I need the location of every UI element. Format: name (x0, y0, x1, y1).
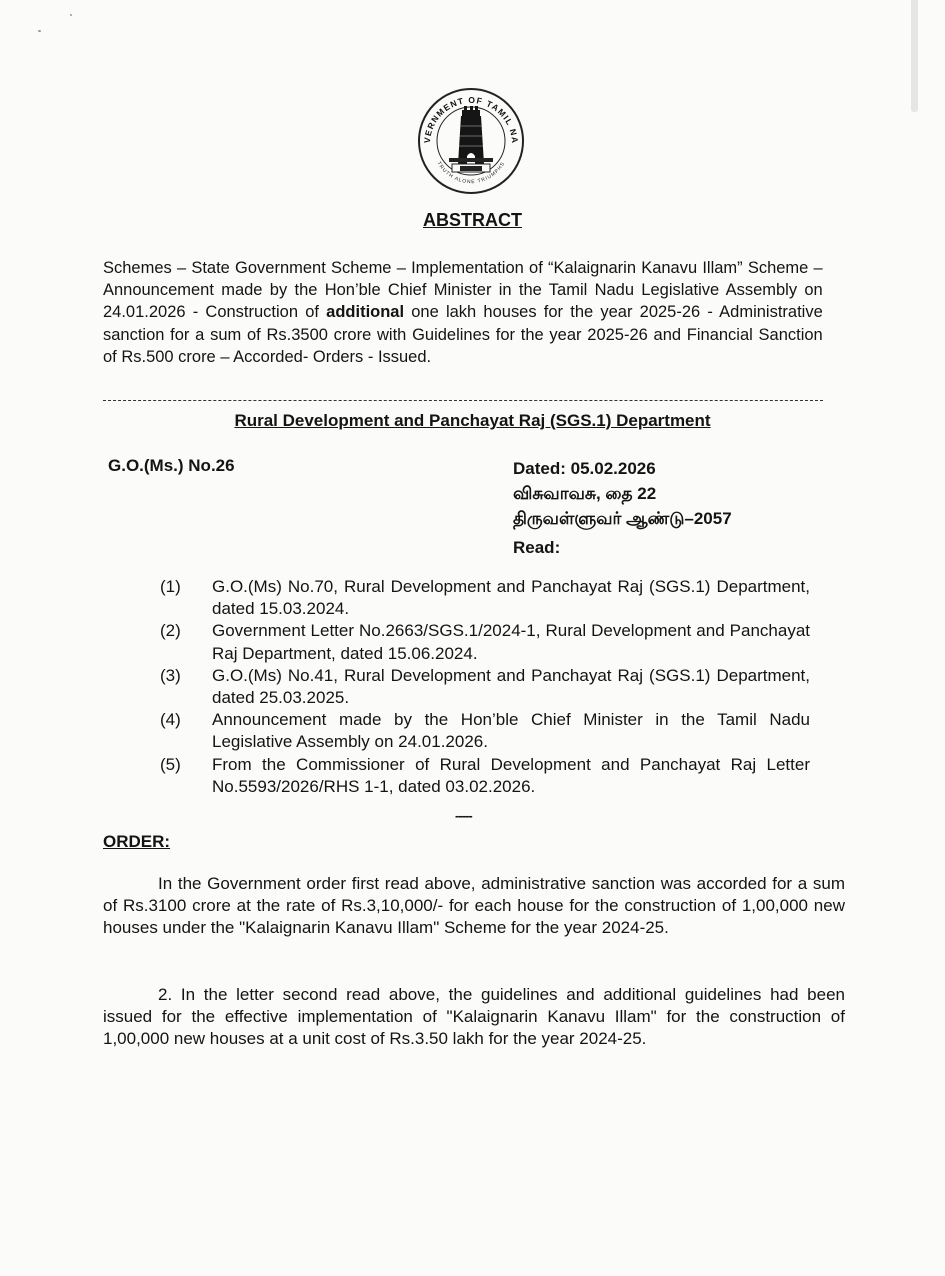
scrollbar[interactable] (911, 0, 918, 112)
reference-item: (2) Government Letter No.2663/SGS.1/2024… (160, 620, 810, 664)
reference-number: (3) (160, 665, 212, 709)
references-end-marker: ----- (455, 808, 472, 823)
go-number: G.O.(Ms.) No.26 (108, 456, 235, 476)
government-order-page: GOVERNMENT OF TAMIL NADU TRUTH ALONE TRI… (0, 0, 945, 1276)
reference-item: (5) From the Commissioner of Rural Devel… (160, 754, 810, 798)
scan-speck (38, 30, 41, 32)
abstract-bold-word: additional (326, 302, 404, 321)
reference-item: (3) G.O.(Ms) No.41, Rural Development an… (160, 665, 810, 709)
department-heading: Rural Development and Panchayat Raj (SGS… (0, 411, 945, 431)
abstract-heading: ABSTRACT (0, 210, 945, 231)
dashed-separator (103, 400, 823, 401)
reference-text: Announcement made by the Hon’ble Chief M… (212, 709, 810, 753)
tamil-nadu-emblem-icon: GOVERNMENT OF TAMIL NADU TRUTH ALONE TRI… (416, 86, 526, 196)
reference-text: Government Letter No.2663/SGS.1/2024-1, … (212, 620, 810, 664)
read-label: Read: (513, 535, 732, 560)
reference-text: G.O.(Ms) No.70, Rural Development and Pa… (212, 576, 810, 620)
dated-value: Dated: 05.02.2026 (513, 456, 732, 481)
tamil-year: திருவள்ளுவர் ஆண்டு–2057 (513, 506, 732, 531)
abstract-subject: Schemes – State Government Scheme – Impl… (103, 257, 823, 368)
dated-block: Dated: 05.02.2026 விசுவாவசு, தை 22 திருவ… (513, 456, 732, 560)
reference-number: (5) (160, 754, 212, 798)
scan-speck (70, 14, 72, 16)
reference-text: From the Commissioner of Rural Developme… (212, 754, 810, 798)
order-paragraph-2: 2. In the letter second read above, the … (103, 984, 845, 1051)
order-paragraph-1: In the Government order first read above… (103, 873, 845, 940)
reference-item: (1) G.O.(Ms) No.70, Rural Development an… (160, 576, 810, 620)
reference-number: (1) (160, 576, 212, 620)
tamil-date: விசுவாவசு, தை 22 (513, 481, 732, 506)
reference-number: (4) (160, 709, 212, 753)
order-heading: ORDER: (103, 832, 170, 852)
reference-item: (4) Announcement made by the Hon’ble Chi… (160, 709, 810, 753)
reference-text: G.O.(Ms) No.41, Rural Development and Pa… (212, 665, 810, 709)
reference-number: (2) (160, 620, 212, 664)
references-list: (1) G.O.(Ms) No.70, Rural Development an… (160, 576, 810, 798)
